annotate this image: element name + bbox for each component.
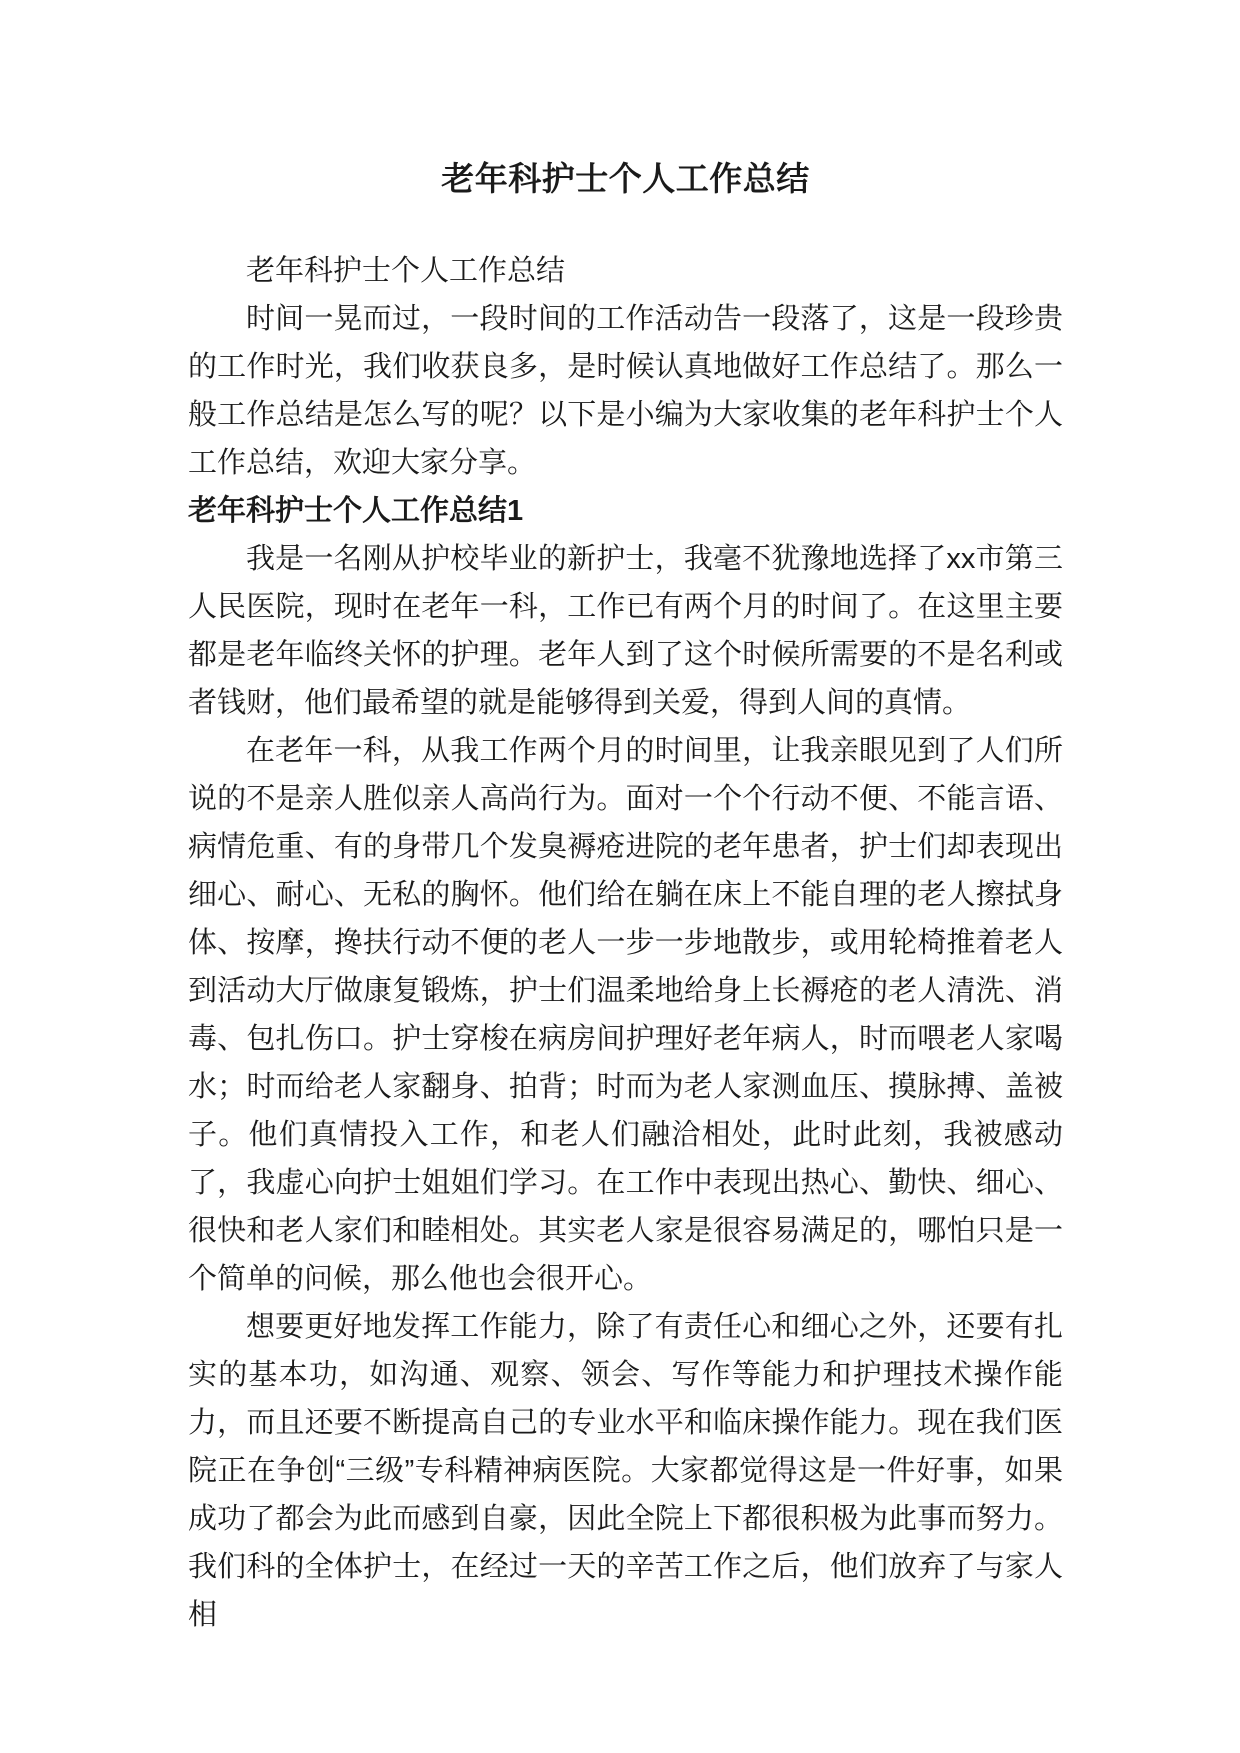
body-paragraph-3: 想要更好地发挥工作能力，除了有责任心和细心之外，还要有扎实的基本功，如沟通、观察… (188, 1303, 1063, 1639)
document-title: 老年科护士个人工作总结 (188, 158, 1063, 200)
body-paragraph-2: 在老年一科，从我工作两个月的时间里，让我亲眼见到了人们所说的不是亲人胜似亲人高尚… (188, 727, 1063, 1303)
subtitle-paragraph: 老年科护士个人工作总结 (188, 247, 1063, 295)
section-heading-1: 老年科护士个人工作总结1 (188, 487, 1063, 535)
body-paragraph-1: 我是一名刚从护校毕业的新护士，我毫不犹豫地选择了xx市第三人民医院，现时在老年一… (188, 535, 1063, 727)
intro-paragraph: 时间一晃而过，一段时间的工作活动告一段落了，这是一段珍贵的工作时光，我们收获良多… (188, 295, 1063, 487)
document-page: 老年科护士个人工作总结 老年科护士个人工作总结 时间一晃而过，一段时间的工作活动… (188, 158, 1063, 1639)
